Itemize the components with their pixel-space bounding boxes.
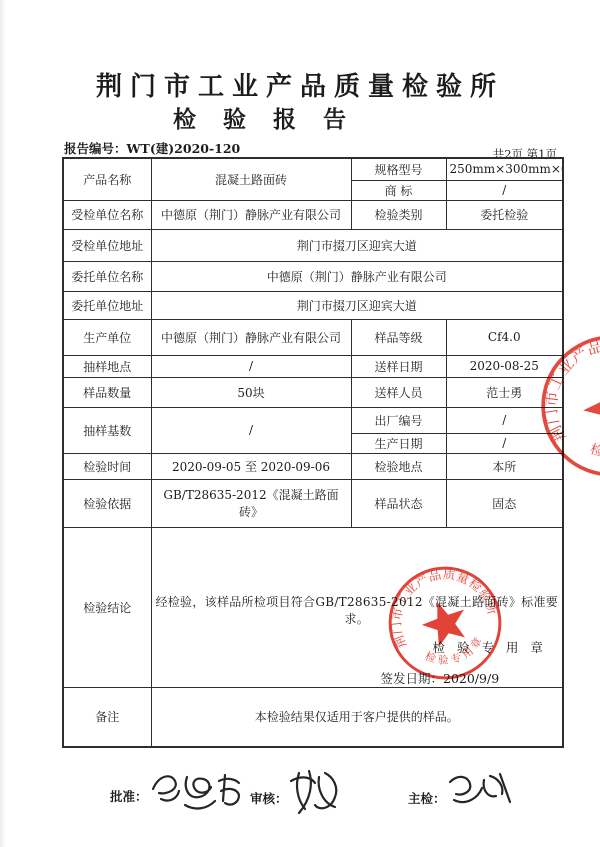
sample-quantity-value: 50块: [151, 377, 351, 407]
chief-label: 主检：: [408, 789, 446, 807]
reviewer-signature: [287, 767, 349, 821]
remark-value: 本检验结果仅适用于客户提供的样品。: [151, 687, 563, 747]
issue-date-label: 签发日期：: [381, 671, 444, 686]
sample-state-label: 样品状态: [351, 479, 446, 527]
spec-value: 250mm×300mm×60mm: [446, 158, 563, 180]
sampling-place-value: /: [151, 355, 351, 377]
sample-grade-value: Cf4.0: [446, 319, 563, 355]
manufacturer-value: 中德原（荆门）静脉产业有限公司: [151, 319, 351, 355]
delivery-person-label: 送样人员: [351, 377, 446, 407]
trademark-label: 商 标: [351, 180, 446, 200]
manufacturer-label: 生产单位: [63, 319, 151, 355]
inspection-basis-value: GB/T28635-2012《混凝土路面砖》: [151, 479, 351, 527]
remark-label: 备注: [63, 687, 151, 747]
factory-number-label: 出厂编号: [351, 407, 446, 433]
inspected-unit-name-label: 受检单位名称: [63, 200, 151, 229]
product-name-value: 混凝土路面砖: [151, 158, 351, 200]
sample-grade-label: 样品等级: [351, 319, 446, 355]
institute-title: 荆门市工业产品质量检验所: [0, 66, 600, 103]
spec-label: 规格型号: [351, 158, 446, 180]
inspection-category-value: 委托检验: [446, 200, 563, 229]
conclusion-cell: 经检验，该样品所检项目符合GB/T28635-2012《混凝土路面砖》标准要求。…: [151, 527, 563, 687]
report-title: 检验报告: [0, 101, 573, 134]
inspection-report-page: 荆门市工业产品质量检验所 检验报告 报告编号：WT(建)2020-120 共2页…: [0, 0, 600, 847]
approve-label: 批准：: [110, 787, 148, 805]
sampling-place-label: 抽样地点: [63, 355, 151, 377]
product-name-label: 产品名称: [63, 158, 151, 200]
sampling-base-value: /: [151, 407, 351, 453]
inspection-place-label: 检验地点: [351, 453, 446, 479]
approver-signature: [147, 767, 243, 817]
production-date-label: 生产日期: [351, 433, 446, 453]
inspection-category-label: 检验类别: [351, 200, 446, 229]
review-label: 审核：: [250, 789, 288, 807]
conclusion-label: 检验结论: [63, 527, 151, 687]
inspection-seal-stamp-icon: 荆门市工业产品质量检验所检验专用章: [369, 547, 520, 687]
svg-text:检验专用章: 检验专用章: [583, 410, 600, 473]
client-name-label: 委托单位名称: [63, 261, 151, 291]
inspection-time-value: 2020-09-05 至 2020-09-06: [151, 453, 351, 479]
inspected-unit-name-value: 中德原（荆门）静脉产业有限公司: [151, 200, 351, 229]
inspection-basis-label: 检验依据: [63, 479, 151, 527]
inspection-place-value: 本所: [446, 453, 563, 479]
issue-date-value: 2020/9/9: [443, 671, 499, 686]
inspected-unit-address-value: 荆门市掇刀区迎宾大道: [151, 229, 563, 261]
client-name-value: 中德原（荆门）静脉产业有限公司: [151, 261, 563, 291]
client-address-label: 委托单位地址: [63, 291, 151, 319]
inspection-time-label: 检验时间: [63, 453, 151, 479]
issue-date: 签发日期：2020/9/9: [381, 669, 500, 687]
sample-state-value: 固态: [446, 479, 563, 527]
report-table: 产品名称 混凝土路面砖 规格型号 250mm×300mm×60mm 商 标 / …: [62, 157, 564, 748]
sampling-base-label: 抽样基数: [63, 407, 151, 453]
sample-quantity-label: 样品数量: [63, 377, 151, 407]
chief-inspector-signature: [444, 770, 516, 812]
client-address-value: 荆门市掇刀区迎宾大道: [151, 291, 563, 319]
delivery-date-label: 送样日期: [351, 355, 446, 377]
trademark-value: /: [446, 180, 563, 200]
inspected-unit-address-label: 受检单位地址: [63, 229, 151, 261]
